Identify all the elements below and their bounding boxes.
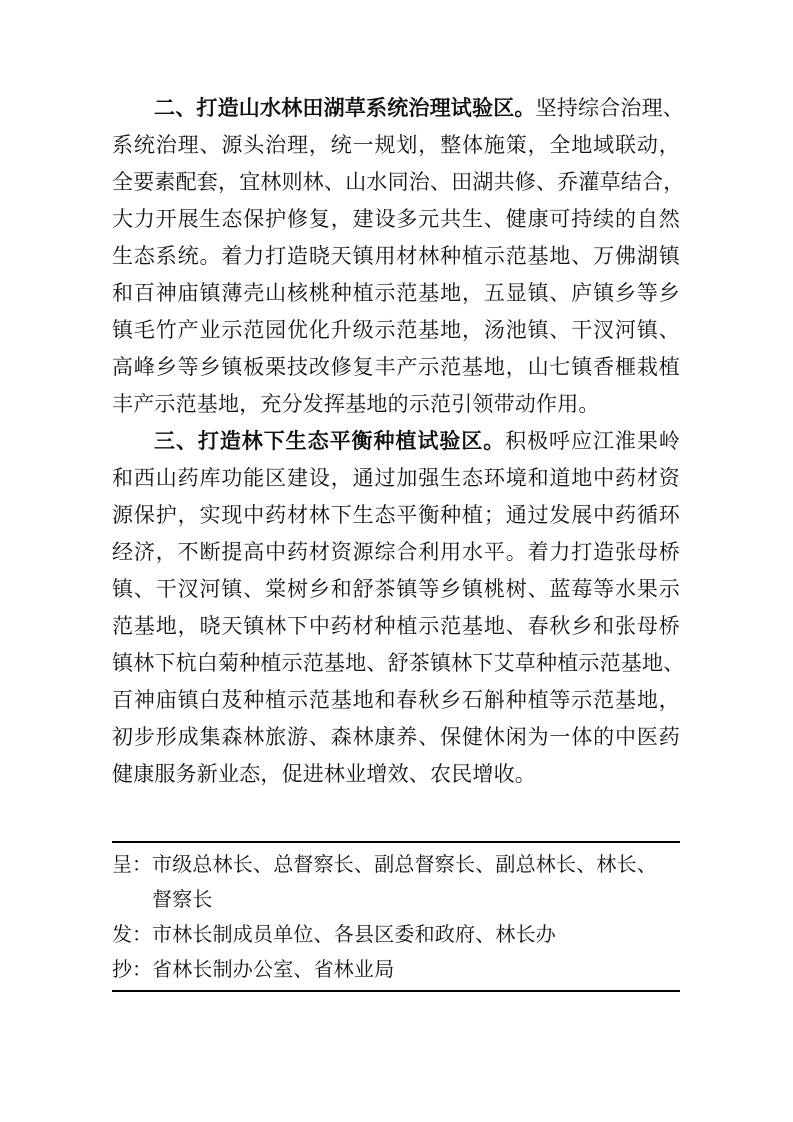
distribution-block: 呈： 市级总林长、总督察长、副总督察长、副总林长、林长、 督察长 发： 市林长制… bbox=[112, 841, 680, 992]
distribution-line: 省林长制办公室、省林业局 bbox=[152, 953, 680, 988]
paragraph-heading: 二、打造山水林田湖草系统治理试验区。 bbox=[154, 96, 536, 120]
paragraph-text-line: 全要素配套，宜林则林、山水同治、田湖共修、乔灌草结合， bbox=[112, 164, 680, 201]
paragraph-text-line: 生态系统。着力打造晓天镇用材林种植示范基地、万佛湖镇 bbox=[112, 238, 680, 275]
distribution-line: 督察长 bbox=[152, 883, 680, 918]
document-page: 二、打造山水林田湖草系统治理试验区。坚持综合治理、 系统治理、源头治理，统一规划… bbox=[0, 0, 793, 1122]
distribution-content: 市林长制成员单位、各县区委和政府、林长办 bbox=[152, 918, 680, 953]
paragraph-text-line: 系统治理、源头治理，统一规划，整体施策，全地域联动， bbox=[112, 127, 680, 164]
paragraph-text-line: 健康服务新业态，促进林业增效、农民增收。 bbox=[112, 756, 680, 793]
paragraph-text-line: 镇毛竹产业示范园优化升级示范基地，汤池镇、干汊河镇、 bbox=[112, 312, 680, 349]
paragraph-text-line: 高峰乡等乡镇板栗技改修复丰产示范基地，山七镇香榧栽植 bbox=[112, 349, 680, 386]
paragraph-text-line: 镇、干汊河镇、棠树乡和舒茶镇等乡镇桃树、蓝莓等水果示 bbox=[112, 571, 680, 608]
paragraph-text-line: 源保护，实现中药材林下生态平衡种植；通过发展中药循环 bbox=[112, 497, 680, 534]
paragraph-text-line: 大力开展生态保护修复，建设多元共生、健康可持续的自然 bbox=[112, 201, 680, 238]
paragraph-text-line: 丰产示范基地，充分发挥基地的示范引领带动作用。 bbox=[112, 386, 680, 423]
paragraph-first-line: 二、打造山水林田湖草系统治理试验区。坚持综合治理、 bbox=[112, 90, 680, 127]
distribution-entry-cheng: 呈： 市级总林长、总督察长、副总督察长、副总林长、林长、 督察长 bbox=[112, 848, 680, 918]
distribution-content: 市级总林长、总督察长、副总督察长、副总林长、林长、 督察长 bbox=[152, 848, 680, 918]
paragraph-first-line: 三、打造林下生态平衡种植试验区。积极呼应江淮果岭 bbox=[112, 423, 680, 460]
distribution-label: 抄： bbox=[112, 953, 152, 988]
paragraph-heading: 三、打造林下生态平衡种植试验区。 bbox=[154, 429, 505, 453]
paragraph-text-line: 镇林下杭白菊种植示范基地、舒茶镇林下艾草种植示范基地、 bbox=[112, 645, 680, 682]
distribution-content: 省林长制办公室、省林业局 bbox=[152, 953, 680, 988]
paragraph-text-line: 和百神庙镇薄壳山核桃种植示范基地，五显镇、庐镇乡等乡 bbox=[112, 275, 680, 312]
paragraph-text-line: 范基地，晓天镇林下中药材种植示范基地、春秋乡和张母桥 bbox=[112, 608, 680, 645]
paragraph-3: 三、打造林下生态平衡种植试验区。积极呼应江淮果岭 和西山药库功能区建设，通过加强… bbox=[112, 423, 680, 793]
distribution-line: 市级总林长、总督察长、副总督察长、副总林长、林长、 bbox=[152, 848, 680, 883]
distribution-entry-chao: 抄： 省林长制办公室、省林业局 bbox=[112, 953, 680, 988]
paragraph-text-line: 经济，不断提高中药材资源综合利用水平。着力打造张母桥 bbox=[112, 534, 680, 571]
distribution-label: 呈： bbox=[112, 848, 152, 883]
distribution-entry-fa: 发： 市林长制成员单位、各县区委和政府、林长办 bbox=[112, 918, 680, 953]
distribution-label: 发： bbox=[112, 918, 152, 953]
paragraph-text: 坚持综合治理、 bbox=[536, 96, 684, 120]
paragraph-2: 二、打造山水林田湖草系统治理试验区。坚持综合治理、 系统治理、源头治理，统一规划… bbox=[112, 90, 680, 423]
paragraph-text-line: 百神庙镇白芨种植示范基地和春秋乡石斛种植等示范基地， bbox=[112, 682, 680, 719]
distribution-line: 市林长制成员单位、各县区委和政府、林长办 bbox=[152, 918, 680, 953]
paragraph-text-line: 初步形成集森林旅游、森林康养、保健休闲为一体的中医药 bbox=[112, 719, 680, 756]
document-body: 二、打造山水林田湖草系统治理试验区。坚持综合治理、 系统治理、源头治理，统一规划… bbox=[112, 90, 680, 793]
paragraph-text: 积极呼应江淮果岭 bbox=[505, 429, 680, 453]
paragraph-text-line: 和西山药库功能区建设，通过加强生态环境和道地中药材资 bbox=[112, 460, 680, 497]
